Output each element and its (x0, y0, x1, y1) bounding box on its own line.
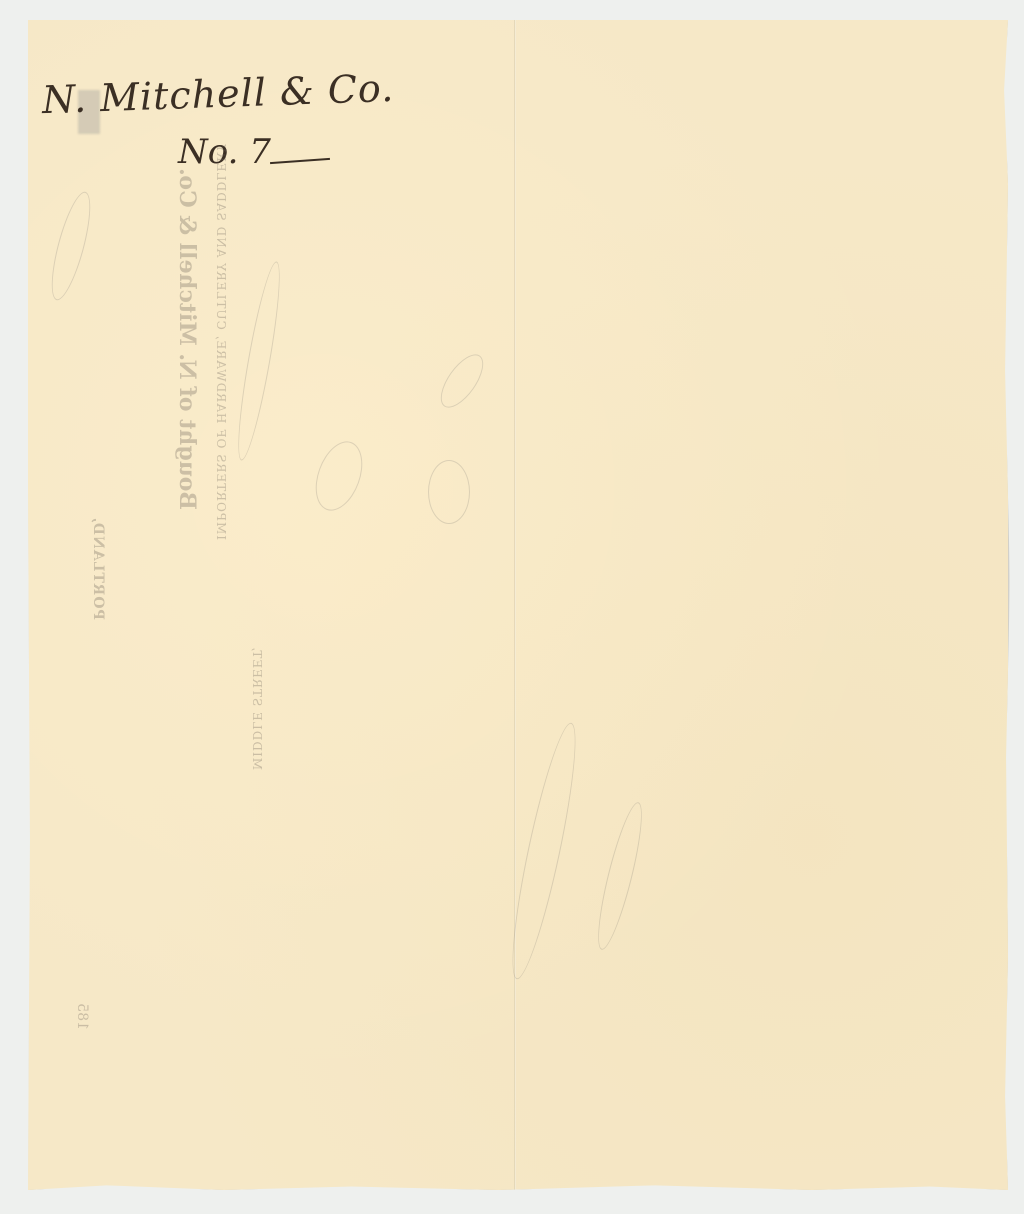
show-through-heading: Bought of N. Mitchell & Co. (174, 168, 200, 510)
show-through-script-mark (590, 799, 650, 952)
show-through-script-mark (231, 260, 288, 463)
show-through-script-mark (44, 189, 98, 304)
show-through-subheading: IMPORTERS OF HARDWARE, CUTLERY AND SADDL… (214, 143, 228, 540)
show-through-year: 185 (74, 1003, 90, 1030)
show-through-city: PORTLAND, (90, 516, 106, 620)
show-through-script-mark (428, 460, 470, 524)
show-through-script-mark (433, 348, 491, 415)
handwritten-company-name: N. Mitchell & Co. (41, 66, 395, 122)
show-through-script-mark (307, 435, 371, 517)
document-paper: N. Mitchell & Co. No. 7 Bought of N. Mit… (28, 20, 1008, 1190)
fold-crease (514, 20, 516, 1190)
show-through-address: MIDDLE STREET, (250, 646, 264, 770)
